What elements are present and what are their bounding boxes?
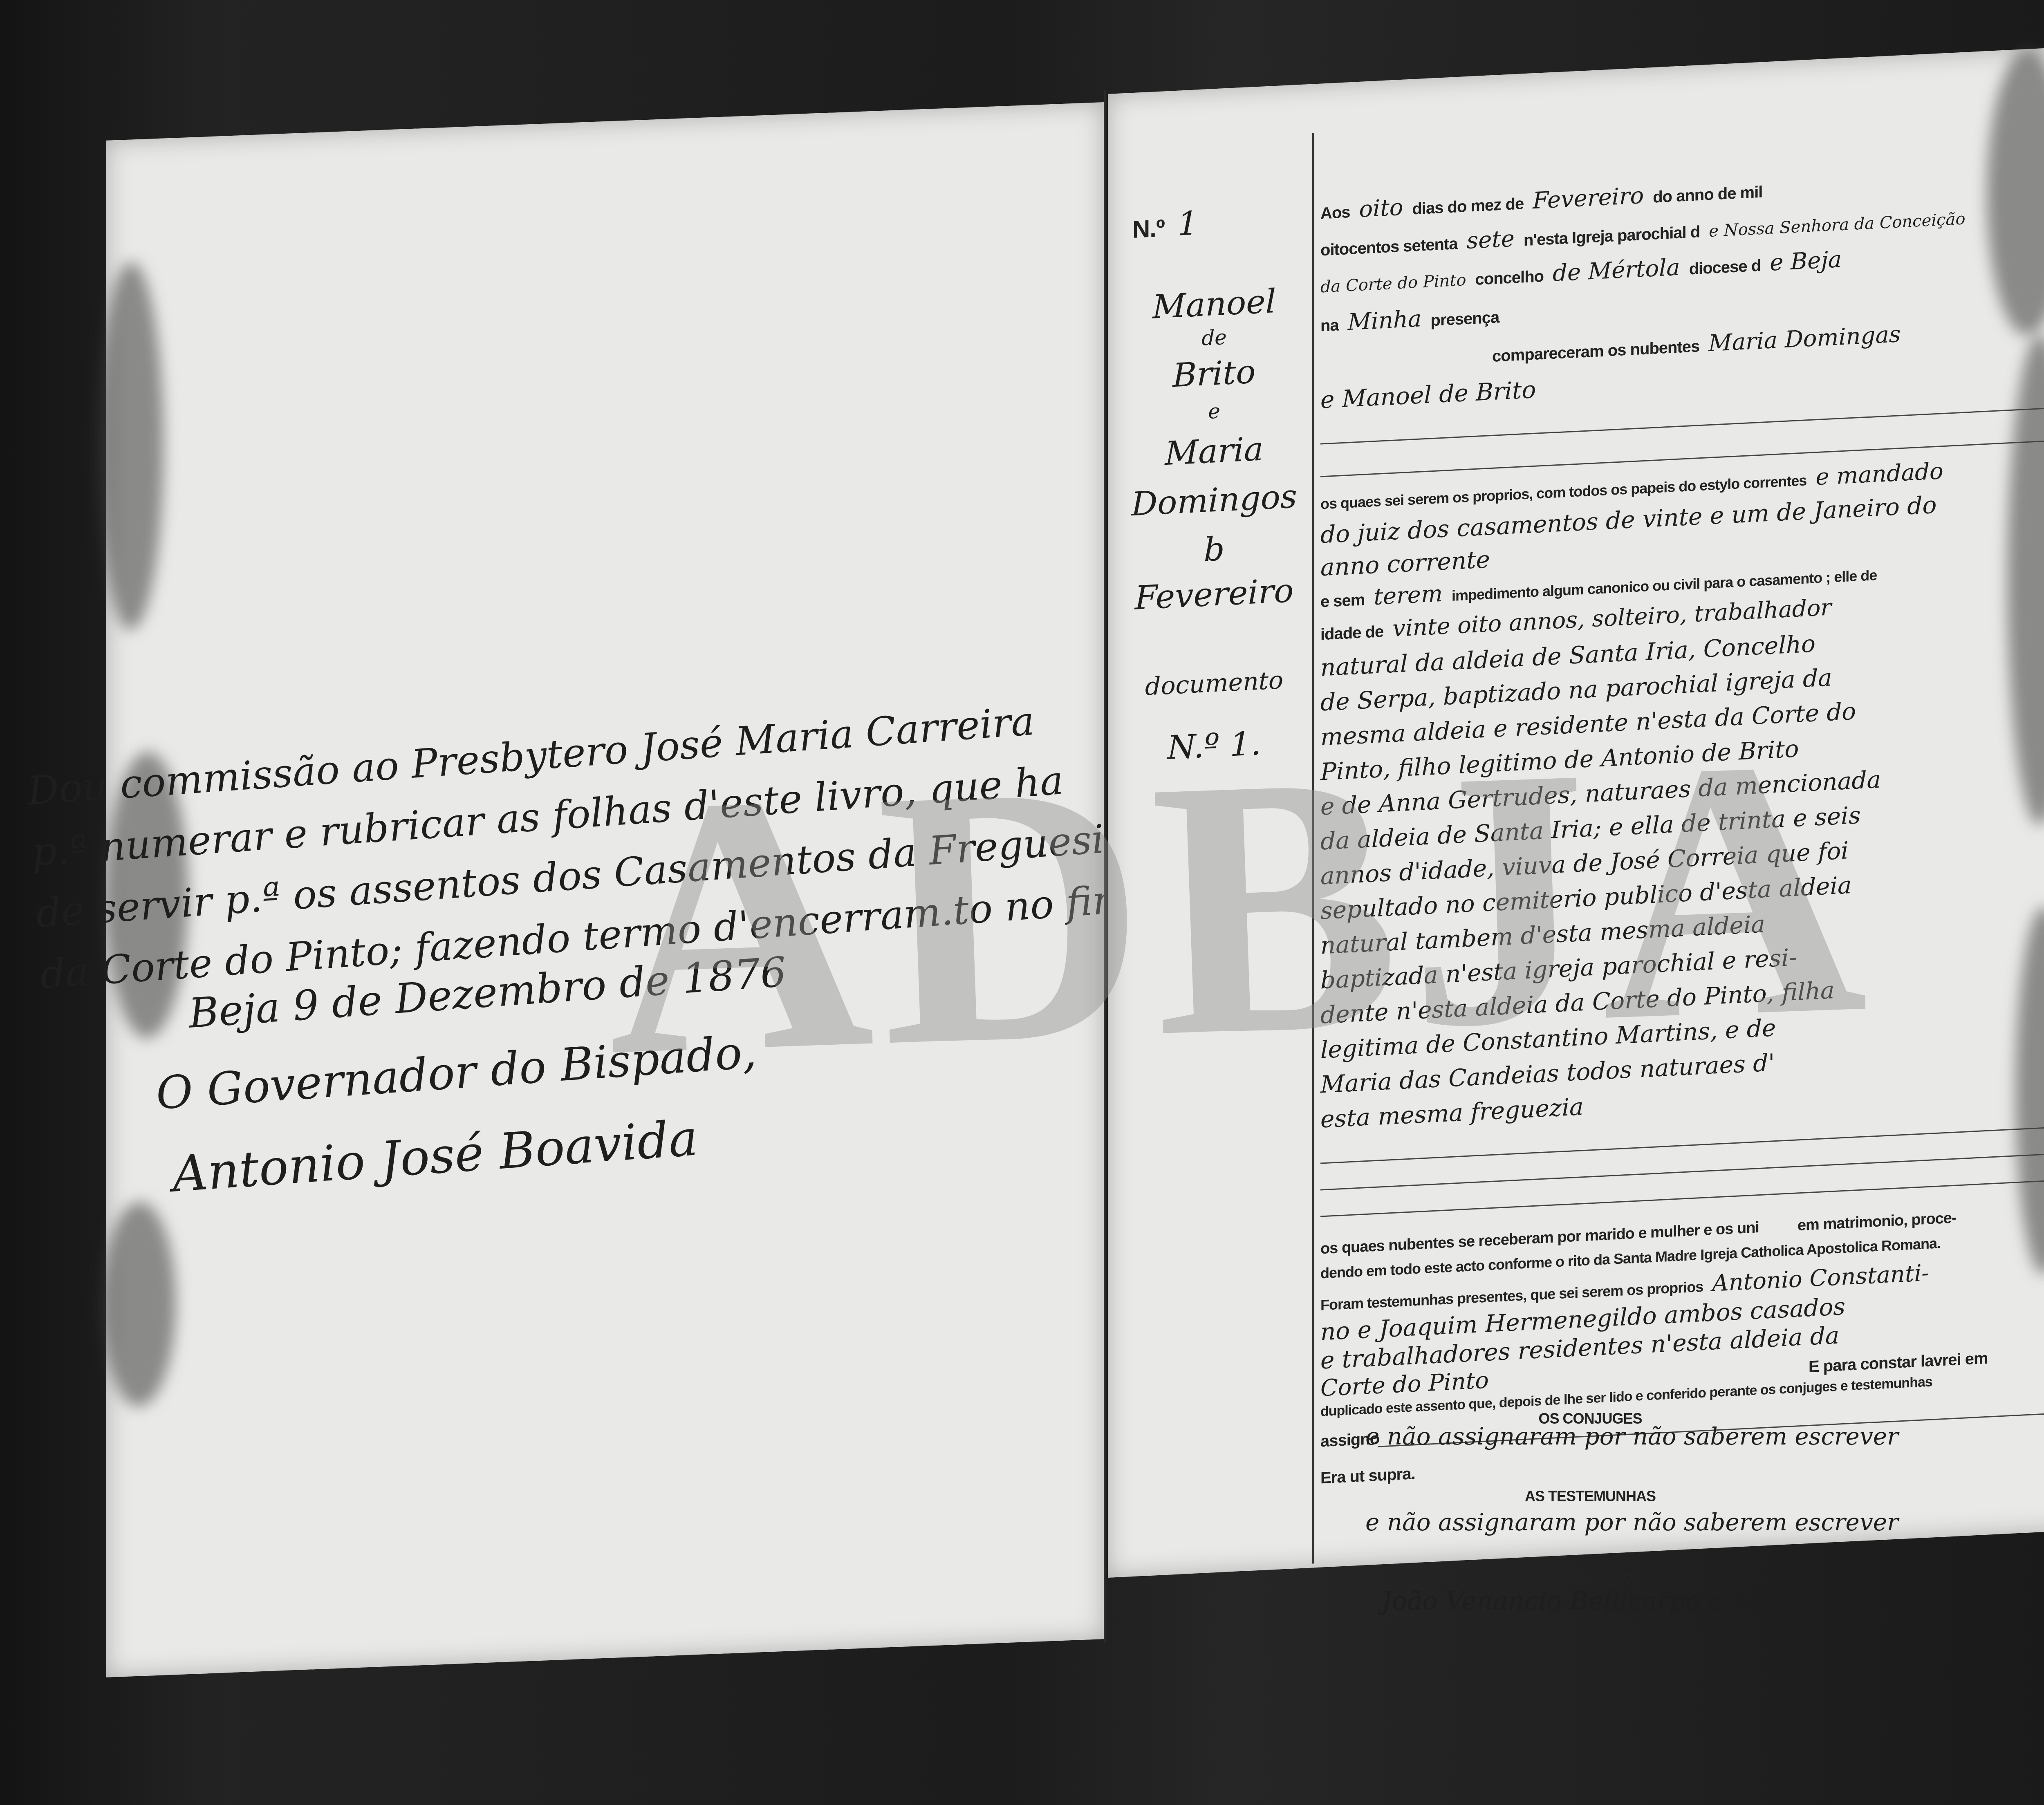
testemunhas-signature-note: e não assignaram por não saberem escreve… <box>1365 1508 1898 1536</box>
margin-note: Brito <box>1124 350 1304 397</box>
margin-rule <box>1312 133 1314 1563</box>
entry-number-label: N.º <box>1132 214 1165 244</box>
margin-note: e <box>1124 395 1304 428</box>
entry-number: 1 <box>1177 204 1198 243</box>
year-field: sete <box>1466 225 1515 254</box>
blank-rule <box>1320 407 2044 445</box>
water-stain <box>2007 333 2044 827</box>
month-field: Fevereiro <box>1533 182 1644 214</box>
bride-name: Maria Domingas <box>1708 321 1901 357</box>
margin-note: b <box>1124 526 1304 573</box>
testemunhas-label: AS TESTEMUNHAS <box>1108 1488 2044 1505</box>
diocese-field: e Beja <box>1770 246 1842 276</box>
handwritten-line: anno corrente <box>1320 545 1490 581</box>
margin-note: Fevereiro <box>1124 571 1304 618</box>
margin-note: N.º 1. <box>1124 722 1304 769</box>
parocho-label: O PAROCHO <box>1108 1570 2044 1587</box>
margin-note: Domingos <box>1124 477 1304 524</box>
right-page: N.º 1 Manoel de Brito e Maria Domingos b… <box>1108 47 2044 1578</box>
margin-note: Maria <box>1124 428 1304 475</box>
book-spine <box>1104 90 1106 1643</box>
blank-rule <box>1320 1126 2044 1164</box>
conjuges-signature-note: e não assignaram por não saberem escreve… <box>1365 1422 1898 1450</box>
water-stain <box>98 261 164 631</box>
parish-field: da Corte do Pinto <box>1320 271 1466 296</box>
water-stain <box>102 1200 176 1408</box>
groom-name: e Manoel de Brito <box>1320 376 1536 414</box>
witness-names: Antonio Constanti- <box>1712 1260 1929 1297</box>
margin-note: de <box>1124 322 1304 354</box>
parocho-signature: João Venancio Bellicarpo d'Abreu <box>1382 1586 1810 1616</box>
day-field: oito <box>1359 194 1403 223</box>
municipality-field: de Mértola <box>1553 254 1680 287</box>
margin-note: documento <box>1124 665 1304 703</box>
church-field: e Nossa Senhora da Conceição <box>1709 209 1965 241</box>
handwritten-line: esta mesma freguezia <box>1320 1093 1584 1133</box>
margin-note: Manoel <box>1124 281 1304 328</box>
